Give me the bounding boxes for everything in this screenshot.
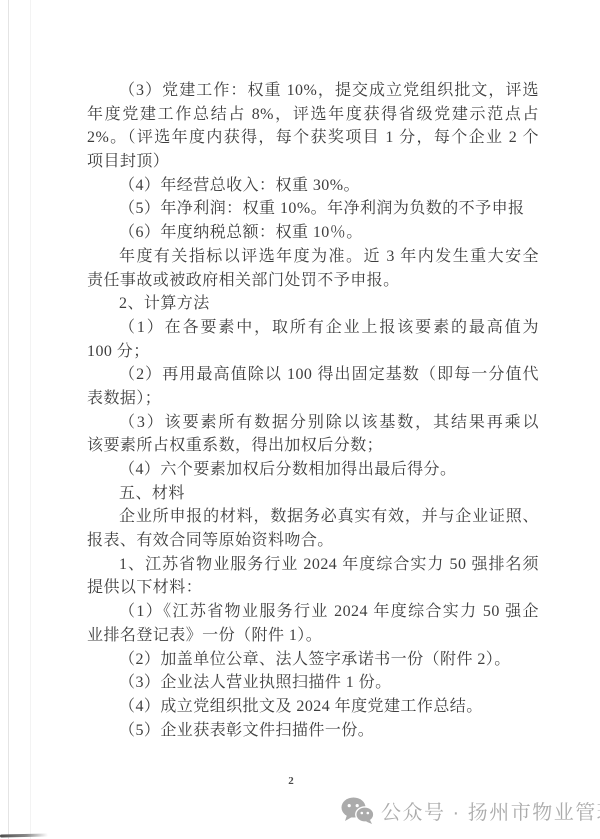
text-line: 项目封顶） — [87, 150, 539, 174]
text-line: 年度有关指标以评选年度为准。近 3 年内发生重大安全 — [87, 245, 539, 269]
watermark-label: 公众号 · 扬州市物业管理协会 — [381, 796, 600, 825]
text-line: （4）成立党组织批文及 2024 年度党建工作总结。 — [87, 695, 539, 719]
text-line: 五、材料 — [87, 482, 539, 506]
watermark: 公众号 · 扬州市物业管理协会 — [341, 796, 600, 825]
text-line: 100 分； — [87, 340, 539, 364]
wechat-icon — [341, 797, 374, 824]
text-line: （1）《江苏省物业服务行业 2024 年度综合实力 50 强企 — [87, 600, 539, 624]
text-line: 2%。（评选年度内获得，每个获奖项目 1 分，每个企业 2 个 — [87, 126, 539, 150]
text-line: （4）年经营总收入：权重 30%。 — [87, 174, 539, 198]
text-line: （2）再用最高值除以 100 得出固定基数（即每一分值代 — [87, 363, 539, 387]
text-line: （3）企业法人营业执照扫描件 1 份。 — [87, 671, 539, 695]
text-line: 报表、有效合同等原始资料吻合。 — [87, 529, 539, 553]
text-line: （2）加盖单位公章、法人签字承诺书一份（附件 2）。 — [87, 648, 539, 672]
text-line: 提供以下材料： — [87, 576, 539, 600]
text-line: 该要素所占权重系数，得出加权后分数； — [87, 434, 539, 458]
scan-streak-artifact — [30, 0, 31, 839]
text-line: （3）党建工作：权重 10%，提交成立党组织批文，评选 — [87, 79, 539, 103]
text-line: 企业所申报的材料，数据务必真实有效，并与企业证照、 — [87, 505, 539, 529]
scan-corner-artifact — [0, 833, 48, 837]
text-line: 1、江苏省物业服务行业 2024 年度综合实力 50 强排名须 — [87, 553, 539, 577]
text-line: 年度党建工作总结占 8%，评选年度获得省级党建示范点占 — [87, 103, 539, 127]
text-line: （1）在各要素中，取所有企业上报该要素的最高值为 — [87, 316, 539, 340]
page-number: 2 — [285, 775, 297, 787]
text-line: 2、计算方法 — [87, 292, 539, 316]
document-body: （3）党建工作：权重 10%，提交成立党组织批文，评选年度党建工作总结占 8%，… — [87, 79, 539, 742]
text-line: （6）年度纳税总额：权重 10％。 — [87, 221, 539, 245]
text-line: （5）年净利润：权重 10%。年净利润为负数的不予申报 — [87, 197, 539, 221]
text-line: （3）该要素所有数据分别除以该基数，其结果再乘以 — [87, 411, 539, 435]
scan-edge-artifact — [8, 0, 9, 839]
scanned-document-page: （3）党建工作：权重 10%，提交成立党组织批文，评选年度党建工作总结占 8%，… — [0, 0, 600, 839]
text-line: 表数据）； — [87, 387, 539, 411]
text-line: （5）企业获表彰文件扫描件一份。 — [87, 719, 539, 743]
text-line: 业排名登记表》一份（附件 1）。 — [87, 624, 539, 648]
text-line: 责任事故或被政府相关部门处罚不予申报。 — [87, 269, 539, 293]
text-line: （4）六个要素加权后分数相加得出最后得分。 — [87, 458, 539, 482]
